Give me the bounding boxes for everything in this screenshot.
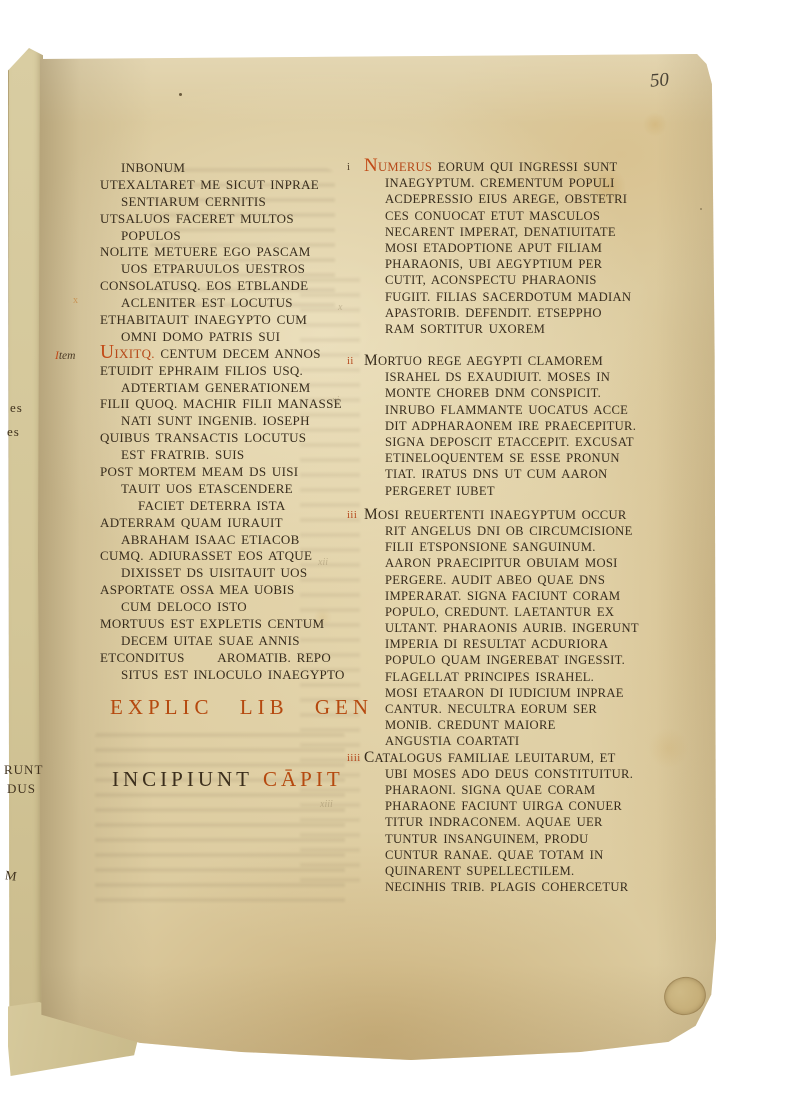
manuscript-line: MORTUUS EST EXPLETIS CENTUM bbox=[100, 616, 358, 633]
text-segment: FILII QUOQ. MACHIR FILII MANASSE bbox=[100, 396, 342, 411]
manuscript-line: CES CONUOCAT ETUT MASCULOS bbox=[364, 208, 666, 224]
text-segment: ACLENITER EST LOCUTUS bbox=[121, 295, 293, 310]
text-segment: DIT ADPHARAONEM IRE PRAECEPITUR. bbox=[385, 419, 636, 433]
chapter-numeral: iiii bbox=[347, 753, 361, 764]
text-segment: CES CONUOCAT ETUT MASCULOS bbox=[385, 209, 600, 223]
manuscript-line: TAUIT UOS ETASCENDERE bbox=[100, 481, 358, 498]
text-segment: CONSOLATUSQ. EOS ETBLANDE bbox=[100, 278, 308, 293]
text-segment: OMNI DOMO PATRIS SUI bbox=[121, 329, 280, 344]
text-segment: TITUR INDRACONEM. AQUAE UER bbox=[385, 815, 603, 829]
manuscript-line: RIT ANGELUS DNI OB CIRCUMCISIONE bbox=[364, 523, 666, 539]
manuscript-line: SITUS EST INLOCULO INAEGYPTO bbox=[100, 667, 358, 684]
text-segment: MONTE CHOREB DNM CONSPICIT. bbox=[385, 386, 601, 400]
edge-text-fragment: DUS bbox=[7, 781, 36, 797]
text-segment: UBI MOSES ADO DEUS CONSTITUITUR. bbox=[385, 767, 633, 781]
text-segment: POPULO QUAM INGEREBAT INGESSIT. bbox=[385, 653, 625, 667]
text-segment: UOS ETPARUULOS UESTROS bbox=[121, 261, 305, 276]
manuscript-line: TUNTUR INSANGUINEM, PRODU bbox=[364, 831, 666, 847]
text-segment: IMPERIA DI RESULTAT ACDURIORA bbox=[385, 637, 608, 651]
margin-note-rest: tem bbox=[59, 350, 76, 362]
text-segment: ETINELOQUENTEM SE ESSE PRONUN bbox=[385, 451, 620, 465]
manuscript-line: ISRAHEL DS EXAUDIUIT. MOSES IN bbox=[364, 369, 666, 385]
parchment-speck bbox=[179, 93, 182, 96]
manuscript-line: IMPERARAT. SIGNA FACIUNT CORAM bbox=[364, 588, 666, 604]
text-segment: MORTUUS EST EXPLETIS CENTUM bbox=[100, 616, 324, 631]
text-segment: ACDEPRESSIO EIUS AREGE, OBSTETRI bbox=[385, 192, 627, 206]
text-segment: PERGERET IUBET bbox=[385, 484, 495, 498]
manuscript-line: ETCONDITUS AROMATIB. REPO bbox=[100, 650, 358, 667]
text-segment: POST MORTEM MEAM DS UISI bbox=[100, 464, 298, 479]
manuscript-line: QUINARENT SUPELLECTILEM. bbox=[364, 863, 666, 879]
text-segment: M bbox=[364, 506, 378, 523]
text-segment: UTSALUOS FACERET MULTOS bbox=[100, 211, 294, 226]
text-segment: C bbox=[364, 749, 375, 766]
manuscript-line: UOS ETPARUULOS UESTROS bbox=[100, 261, 358, 278]
manuscript-line: INAEGYPTUM. CREMENTUM POPULI bbox=[364, 175, 666, 191]
text-segment: N bbox=[364, 155, 378, 176]
text-segment: FILII ETSPONSIONE SANGUINUM. bbox=[385, 540, 596, 554]
manuscript-line: CANTUR. NECULTRA EORUM SER bbox=[364, 701, 666, 717]
text-segment: FACIET DETERRA ISTA bbox=[138, 498, 286, 513]
manuscript-line: PHARAONE FACIUNT UIRGA CONUER bbox=[364, 798, 666, 814]
edge-text-fragment: es bbox=[7, 424, 20, 440]
text-segment: INAEGYPTUM. CREMENTUM POPULI bbox=[385, 176, 615, 190]
manuscript-line: POST MORTEM MEAM DS UISI bbox=[100, 464, 358, 481]
text-segment: ETUIDIT EPHRAIM FILIOS USQ. bbox=[100, 363, 303, 378]
gutter-numeral: xi bbox=[332, 395, 339, 406]
manuscript-line: APASTORIB. DEFENDIT. ETSEPPHO bbox=[364, 305, 666, 321]
manuscript-line: NECINHIS TRIB. PLAGIS COHERCETUR bbox=[364, 879, 666, 895]
text-segment: UTEXALTARET ME SICUT INPRAE bbox=[100, 177, 319, 192]
text-segment: TUNTUR INSANGUINEM, PRODU bbox=[385, 832, 589, 846]
text-segment: FLAGELLAT PRINCIPES ISRAHEL. bbox=[385, 670, 594, 684]
manuscript-line: UTSALUOS FACERET MULTOS bbox=[100, 211, 358, 228]
text-segment: DIXISSET DS UISITAUIT UOS bbox=[121, 565, 307, 580]
chapter-numeral: i bbox=[347, 162, 350, 173]
text-segment: NOLITE METUERE EGO PASCAM bbox=[100, 244, 311, 259]
text-segment: IXITQ. bbox=[114, 346, 154, 361]
manuscript-line: RAM SORTITUR UXOREM bbox=[364, 321, 666, 337]
manuscript-line: TITUR INDRACONEM. AQUAE UER bbox=[364, 814, 666, 830]
parchment-speck bbox=[700, 208, 702, 210]
manuscript-line: FLAGELLAT PRINCIPES ISRAHEL. bbox=[364, 669, 666, 685]
manuscript-line: EST FRATRIB. SUIS bbox=[100, 447, 358, 464]
manuscript-line: ADTERTIAM GENERATIONEM bbox=[100, 380, 358, 397]
text-segment: ISRAHEL DS EXAUDIUIT. MOSES IN bbox=[385, 370, 610, 384]
text-segment: IMPERARAT. SIGNA FACIUNT CORAM bbox=[385, 589, 620, 603]
manuscript-line: MOSI ETAARON DI IUDICIUM INPRAE bbox=[364, 685, 666, 701]
text-segment: POPULO, CREDUNT. LAETANTUR EX bbox=[385, 605, 614, 619]
text-segment: MOSI ETAARON DI IUDICIUM INPRAE bbox=[385, 686, 624, 700]
manuscript-line: DIT ADPHARAONEM IRE PRAECEPITUR. bbox=[364, 418, 666, 434]
manuscript-line: IMPERIA DI RESULTAT ACDURIORA bbox=[364, 636, 666, 652]
text-segment: SENTIARUM CERNITIS bbox=[121, 194, 266, 209]
manuscript-line: CONSOLATUSQ. EOS ETBLANDE bbox=[100, 278, 358, 295]
manuscript-line: POPULO QUAM INGEREBAT INGESSIT. bbox=[364, 652, 666, 668]
manuscript-line: MOSI ETADOPTIONE APUT FILIAM bbox=[364, 240, 666, 256]
manuscript-line: OMNI DOMO PATRIS SUI bbox=[100, 329, 358, 346]
manuscript-line: ADTERRAM QUAM IURAUIT bbox=[100, 515, 358, 532]
text-segment: PHARAONE FACIUNT UIRGA CONUER bbox=[385, 799, 622, 813]
text-segment: RAM SORTITUR UXOREM bbox=[385, 322, 545, 336]
manuscript-line: INBONUM bbox=[100, 160, 358, 177]
text-segment: RIT ANGELUS DNI OB CIRCUMCISIONE bbox=[385, 524, 633, 538]
manuscript-line: FILII QUOQ. MACHIR FILII MANASSE bbox=[100, 396, 358, 413]
text-segment: APASTORIB. DEFENDIT. ETSEPPHO bbox=[385, 306, 602, 320]
manuscript-line: POPULOS bbox=[100, 228, 358, 245]
manuscript-line: ETINELOQUENTEM SE ESSE PRONUN bbox=[364, 450, 666, 466]
manuscript-line: NUMERUS EORUM QUI INGRESSI SUNT bbox=[364, 159, 666, 175]
manuscript-line: SENTIARUM CERNITIS bbox=[100, 194, 358, 211]
text-segment: MONIB. CREDUNT MAIORE bbox=[385, 718, 556, 732]
chapter-entry: iiiiCATALOGUS FAMILIAE LEUITARUM, ETUBI … bbox=[364, 750, 666, 896]
manuscript-line: MONTE CHOREB DNM CONSPICIT. bbox=[364, 385, 666, 401]
text-segment: FUGIIT. FILIAS SACERDOTUM MADIAN bbox=[385, 290, 631, 304]
text-segment: AARON PRAECIPITUR OBUIAM MOSI bbox=[385, 556, 618, 570]
text-segment: INRUBO FLAMMANTE UOCATUS ACCE bbox=[385, 403, 628, 417]
text-segment: ANGUSTIA COARTATI bbox=[385, 734, 519, 748]
manuscript-line: UIXITQ. CENTUM DECEM ANNOS bbox=[100, 346, 358, 363]
manuscript-line: CUM DELOCO ISTO bbox=[100, 599, 358, 616]
manuscript-line: AARON PRAECIPITUR OBUIAM MOSI bbox=[364, 555, 666, 571]
text-segment: ETHABITAUIT INAEGYPTO CUM bbox=[100, 312, 307, 327]
manuscript-line: PERGERET IUBET bbox=[364, 483, 666, 499]
manuscript-line: FACIET DETERRA ISTA bbox=[100, 498, 358, 515]
text-segment: EST FRATRIB. SUIS bbox=[121, 447, 244, 462]
text-segment: POPULOS bbox=[121, 228, 181, 243]
manuscript-line: MORTUO REGE AEGYPTI CLAMOREM bbox=[364, 353, 666, 369]
text-segment: CENTUM DECEM ANNOS bbox=[155, 346, 321, 361]
chapter-entry: iiiMOSI REUERTENTI INAEGYPTUM OCCURRIT A… bbox=[364, 507, 666, 750]
text-segment: ASPORTATE OSSA MEA UOBIS bbox=[100, 582, 295, 597]
text-segment: CUM DELOCO ISTO bbox=[121, 599, 247, 614]
text-segment: PERGERE. AUDIT ABEO QUAE DNS bbox=[385, 573, 605, 587]
manuscript-line: ACLENITER EST LOCUTUS bbox=[100, 295, 358, 312]
text-segment: TIAT. IRATUS DNS UT CUM AARON bbox=[385, 467, 608, 481]
manuscript-line: FILII ETSPONSIONE SANGUINUM. bbox=[364, 539, 666, 555]
text-segment: CUMQ. ADIURASSET EOS ATQUE bbox=[100, 548, 312, 563]
text-segment: PHARAONI. SIGNA QUAE CORAM bbox=[385, 783, 595, 797]
manuscript-line: CUNTUR RANAE. QUAE TOTAM IN bbox=[364, 847, 666, 863]
text-segment: INBONUM bbox=[121, 160, 185, 175]
manuscript-line: ETHABITAUIT INAEGYPTO CUM bbox=[100, 312, 358, 329]
manuscript-line: INRUBO FLAMMANTE UOCATUS ACCE bbox=[364, 402, 666, 418]
manuscript-line: MONIB. CREDUNT MAIORE bbox=[364, 717, 666, 733]
previous-leaf-edge bbox=[8, 46, 43, 1068]
incipit-word: INCIPIUNT bbox=[112, 767, 253, 791]
manuscript-line: PHARAONIS, UBI AEGYPTIUM PER bbox=[364, 256, 666, 272]
manuscript-line: NATI SUNT INGENIB. IOSEPH bbox=[100, 413, 358, 430]
manuscript-line: UBI MOSES ADO DEUS CONSTITUITUR. bbox=[364, 766, 666, 782]
chapter-entry: iNUMERUS EORUM QUI INGRESSI SUNTINAEGYPT… bbox=[364, 159, 666, 337]
manuscript-line: POPULO, CREDUNT. LAETANTUR EX bbox=[364, 604, 666, 620]
margin-note: Item bbox=[55, 350, 75, 362]
gutter-numeral: xiii bbox=[320, 799, 333, 810]
text-segment: OSI REUERTENTI INAEGYPTUM OCCUR bbox=[378, 508, 627, 522]
text-segment: ULTANT. PHARAONIS AURIB. INGERUNT bbox=[385, 621, 639, 635]
manuscript-line: SIGNA DEPOSCIT ETACCEPIT. EXCUSAT bbox=[364, 434, 666, 450]
left-text-column: INBONUMUTEXALTARET ME SICUT INPRAESENTIA… bbox=[100, 160, 358, 684]
text-segment: NECINHIS TRIB. PLAGIS COHERCETUR bbox=[385, 880, 628, 894]
incipit-rubric: INCIPIUNTCĀPIT bbox=[112, 767, 344, 792]
right-text-column: iNUMERUS EORUM QUI INGRESSI SUNTINAEGYPT… bbox=[364, 159, 666, 895]
explicit-rubric: EXPLIC LIB GEN bbox=[110, 695, 373, 720]
manuscript-line: PERGERE. AUDIT ABEO QUAE DNS bbox=[364, 572, 666, 588]
edge-text-fragment: es bbox=[10, 400, 23, 416]
manuscript-line: DECEM UITAE SUAE ANNIS bbox=[100, 633, 358, 650]
text-segment: NATI SUNT INGENIB. IOSEPH bbox=[121, 413, 310, 428]
chapter-numeral: ii bbox=[347, 356, 354, 367]
chapter-entry: iiMORTUO REGE AEGYPTI CLAMOREMISRAHEL DS… bbox=[364, 353, 666, 499]
chapter-numeral: iii bbox=[347, 510, 357, 521]
text-segment: NECARENT IMPERAT, DENATIUITATE bbox=[385, 225, 616, 239]
text-segment: QUIBUS TRANSACTIS LOCUTUS bbox=[100, 430, 306, 445]
text-segment: CUTIT, ACONSPECTU PHARAONIS bbox=[385, 273, 597, 287]
gutter-numeral: x bbox=[338, 302, 342, 313]
text-segment: CANTUR. NECULTRA EORUM SER bbox=[385, 702, 597, 716]
text-segment: ADTERTIAM GENERATIONEM bbox=[121, 380, 310, 395]
text-segment: SITUS EST INLOCULO INAEGYPTO bbox=[121, 667, 345, 682]
manuscript-line: CATALOGUS FAMILIAE LEUITARUM, ET bbox=[364, 750, 666, 766]
text-segment: DECEM UITAE SUAE ANNIS bbox=[121, 633, 300, 648]
manuscript-line: UTEXALTARET ME SICUT INPRAE bbox=[100, 177, 358, 194]
text-segment: MOSI ETADOPTIONE APUT FILIAM bbox=[385, 241, 602, 255]
manuscript-line: NECARENT IMPERAT, DENATIUITATE bbox=[364, 224, 666, 240]
manuscript-line: NOLITE METUERE EGO PASCAM bbox=[100, 244, 358, 261]
text-segment: ABRAHAM ISAAC ETIACOB bbox=[121, 532, 300, 547]
manuscript-line: ULTANT. PHARAONIS AURIB. INGERUNT bbox=[364, 620, 666, 636]
manuscript-photo: 50 INBONUMUTEXALTARET ME SICUT INPRAESEN… bbox=[0, 0, 800, 1093]
text-segment: ADTERRAM QUAM IURAUIT bbox=[100, 515, 283, 530]
text-segment: TAUIT UOS ETASCENDERE bbox=[121, 481, 293, 496]
text-segment: CUNTUR RANAE. QUAE TOTAM IN bbox=[385, 848, 604, 862]
manuscript-line: QUIBUS TRANSACTIS LOCUTUS bbox=[100, 430, 358, 447]
text-segment: ATALOGUS FAMILIAE LEUITARUM, ET bbox=[375, 751, 616, 765]
folio-number: 50 bbox=[649, 69, 670, 93]
manuscript-line: ACDEPRESSIO EIUS AREGE, OBSTETRI bbox=[364, 191, 666, 207]
manuscript-line: ANGUSTIA COARTATI bbox=[364, 733, 666, 749]
text-segment: EORUM QUI INGRESSI SUNT bbox=[432, 160, 617, 174]
text-segment: PHARAONIS, UBI AEGYPTIUM PER bbox=[385, 257, 602, 271]
manuscript-line: PHARAONI. SIGNA QUAE CORAM bbox=[364, 782, 666, 798]
text-segment: UMERUS bbox=[378, 160, 432, 174]
gutter-numeral: xii bbox=[318, 557, 328, 568]
manuscript-line: ASPORTATE OSSA MEA UOBIS bbox=[100, 582, 358, 599]
manuscript-line: MOSI REUERTENTI INAEGYPTUM OCCUR bbox=[364, 507, 666, 523]
text-segment: M bbox=[364, 352, 378, 369]
margin-mark: x bbox=[73, 295, 78, 306]
edge-text-fragment: RUNT bbox=[4, 762, 43, 778]
manuscript-line: ETUIDIT EPHRAIM FILIOS USQ. bbox=[100, 363, 358, 380]
text-segment: ETCONDITUS AROMATIB. REPO bbox=[100, 650, 331, 665]
text-segment: SIGNA DEPOSCIT ETACCEPIT. EXCUSAT bbox=[385, 435, 634, 449]
manuscript-line: FUGIIT. FILIAS SACERDOTUM MADIAN bbox=[364, 289, 666, 305]
incipit-word-red: CĀPIT bbox=[263, 767, 344, 791]
manuscript-line: ABRAHAM ISAAC ETIACOB bbox=[100, 532, 358, 549]
edge-text-fragment: M bbox=[4, 867, 19, 885]
manuscript-line: CUTIT, ACONSPECTU PHARAONIS bbox=[364, 272, 666, 288]
manuscript-line: TIAT. IRATUS DNS UT CUM AARON bbox=[364, 466, 666, 482]
text-segment: QUINARENT SUPELLECTILEM. bbox=[385, 864, 574, 878]
text-segment: ORTUO REGE AEGYPTI CLAMOREM bbox=[378, 354, 603, 368]
text-segment: U bbox=[100, 342, 114, 363]
